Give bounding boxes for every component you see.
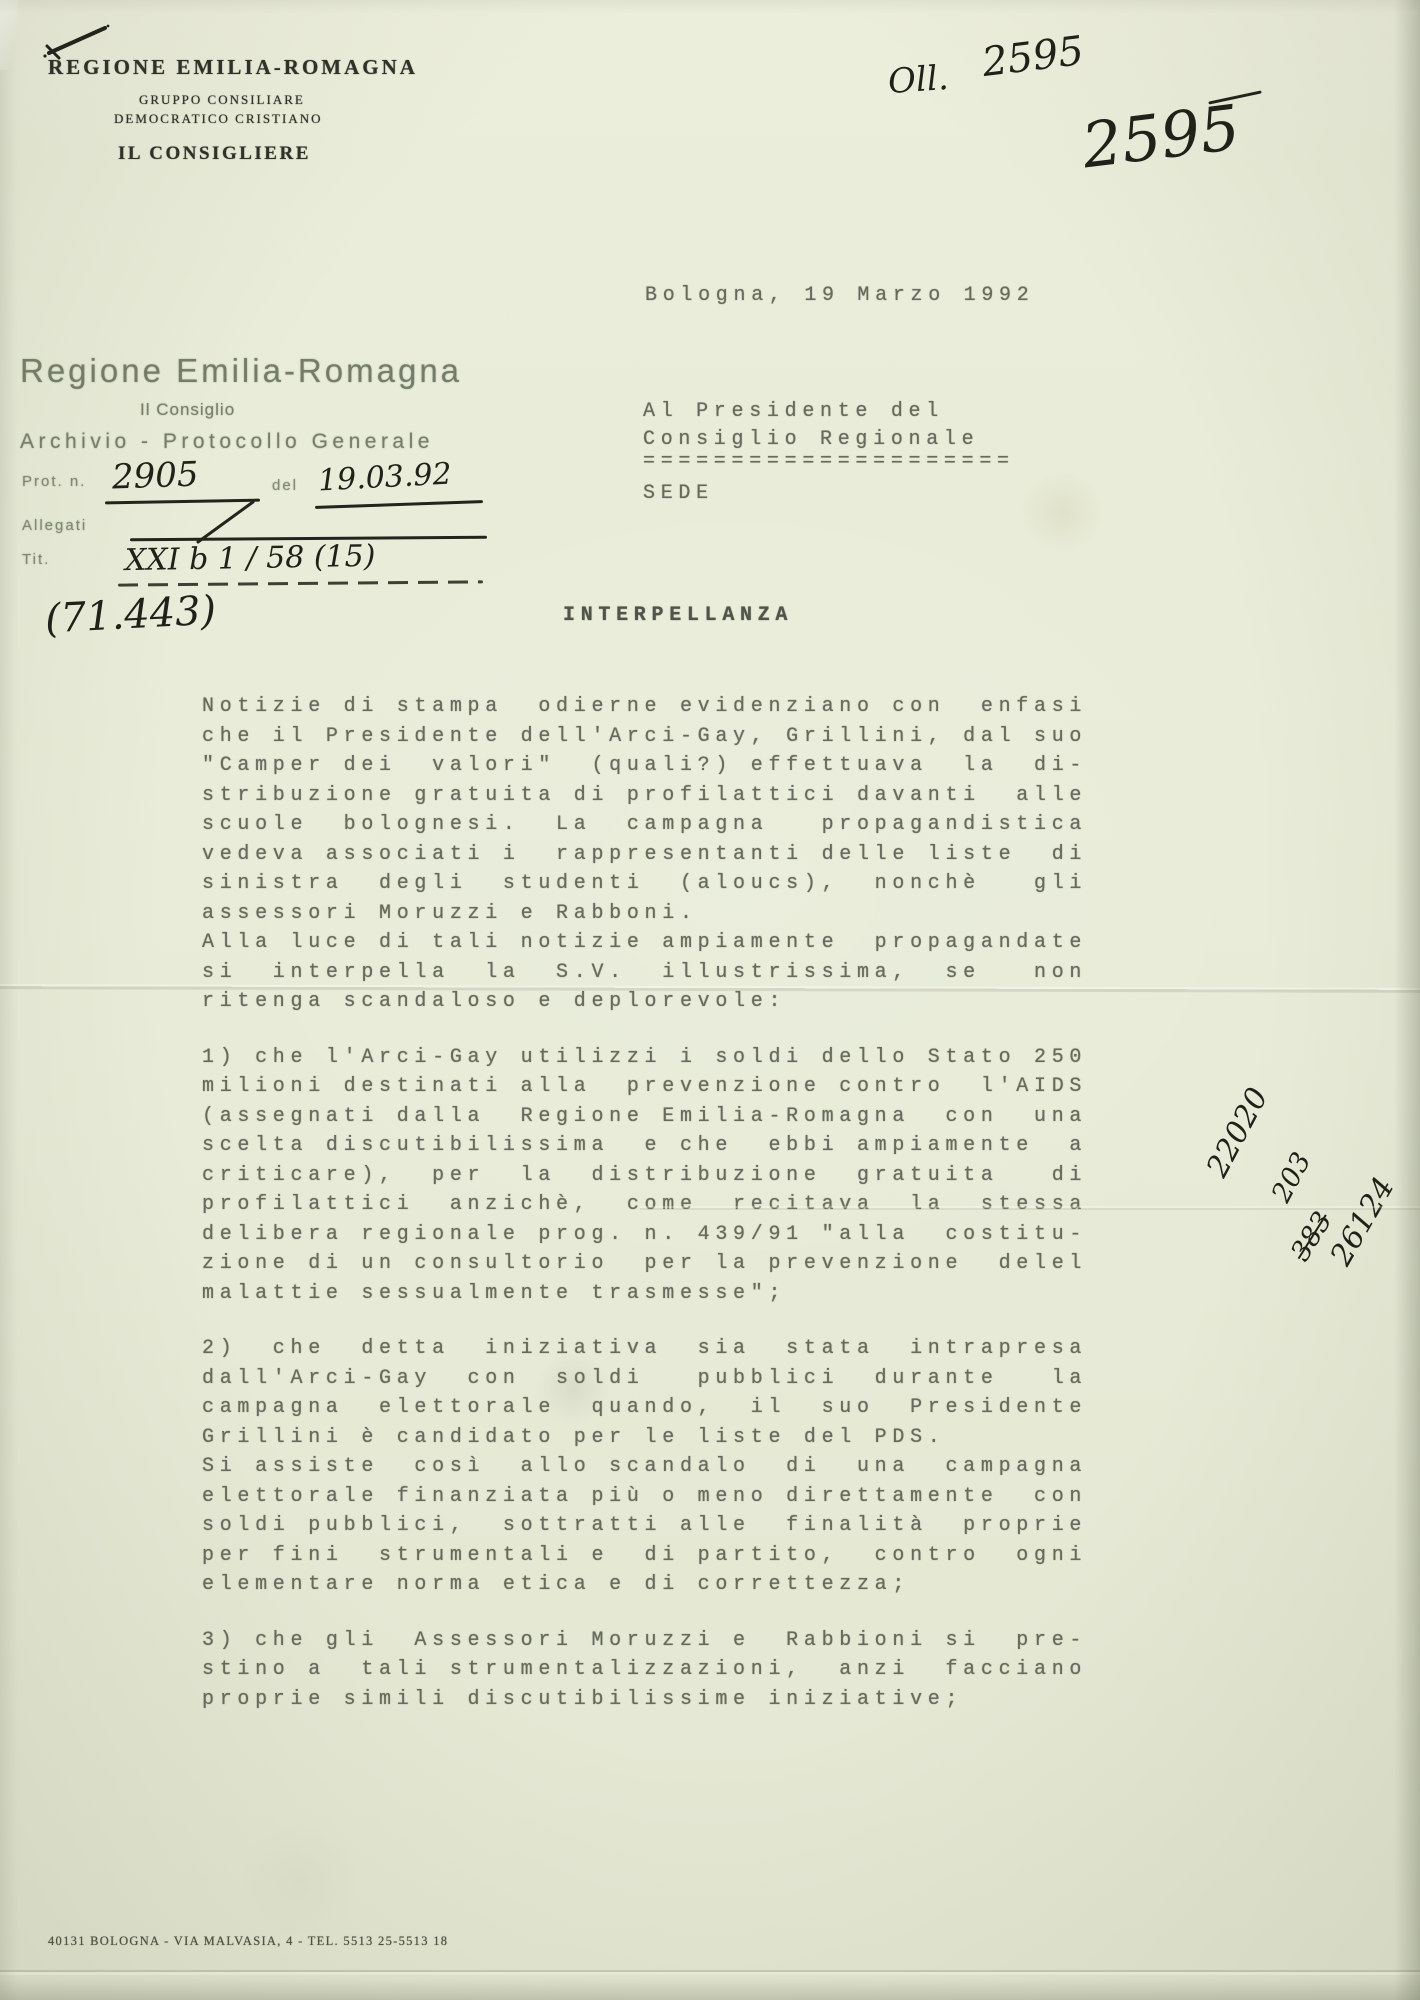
typewritten-line: per fini strumentali e di partito, contr… bbox=[202, 1541, 1162, 1571]
date-line: Bologna, 19 Marzo 1992 bbox=[645, 284, 1034, 307]
stamp-office: Archivio - Protocollo Generale bbox=[20, 430, 434, 454]
tit-underline-dashed bbox=[118, 580, 483, 586]
handwritten-number-large: 2595 bbox=[1078, 91, 1244, 183]
letterhead-role: IL CONSIGLIERE bbox=[118, 143, 311, 165]
typewritten-line: criticare), per la distribuzione gratuit… bbox=[202, 1161, 1162, 1191]
typewritten-line: campagna elettorale quando, il suo Presi… bbox=[202, 1393, 1162, 1423]
stamp-prot-label: Prot. n. bbox=[22, 473, 86, 490]
stamp-allegati-label: Allegati bbox=[22, 517, 87, 534]
paragraph-point-3: 3) che gli Assessori Moruzzi e Rabbioni … bbox=[202, 1626, 1162, 1715]
paragraph-point-1: 1) che l'Arci-Gay utilizzi i soldi dello… bbox=[202, 1043, 1162, 1309]
margin-number-1: 22020 bbox=[1200, 1082, 1276, 1183]
stamp-tit-label: Tit. bbox=[22, 551, 50, 568]
typewritten-line: profilattici anzichè, come recitava la s… bbox=[202, 1190, 1162, 1220]
letter-body: Notizie di stampa odierne evidenziano co… bbox=[202, 692, 1162, 1740]
handwritten-classification: (71.443) bbox=[44, 588, 217, 643]
stamp-subtitle: Il Consiglio bbox=[140, 400, 235, 420]
typewritten-line: Si assiste così allo scandalo di una cam… bbox=[202, 1452, 1162, 1482]
typewritten-line: che il Presidente dell'Arci-Gay, Grillin… bbox=[202, 722, 1162, 752]
typewritten-line: (assegnati dalla Regione Emilia-Romagna … bbox=[202, 1102, 1162, 1132]
typewritten-line: milioni destinati alla prevenzione contr… bbox=[202, 1072, 1162, 1102]
typewritten-line: 3) che gli Assessori Moruzzi e Rabbioni … bbox=[202, 1626, 1162, 1656]
typewritten-line: delibera regionale prog. n. 439/91 "alla… bbox=[202, 1220, 1162, 1250]
paragraph-point-2: 2) che detta iniziativa sia stata intrap… bbox=[202, 1334, 1162, 1600]
typewritten-line: stino a tali strumentalizzazioni, anzi f… bbox=[202, 1655, 1162, 1685]
prot-date-underline bbox=[315, 500, 483, 509]
stamp-title: Regione Emilia-Romagna bbox=[20, 352, 462, 390]
typewritten-line: elementare norma etica e di correttezza; bbox=[202, 1570, 1162, 1600]
typewritten-line: Alla luce di tali notizie ampiamente pro… bbox=[202, 928, 1162, 958]
typewritten-line: stribuzione gratuita di profilattici dav… bbox=[202, 781, 1162, 811]
typewritten-line: si interpella la S.V. illustrissima, se … bbox=[202, 958, 1162, 988]
letterhead-group-line1: GRUPPO CONSILIARE bbox=[139, 92, 305, 108]
typewritten-line: elettorale finanziata più o meno diretta… bbox=[202, 1482, 1162, 1512]
handwritten-tit-value: XXI b 1 / 58 (15) bbox=[125, 539, 376, 578]
recipient-line-2: Consiglio Regionale bbox=[643, 428, 979, 451]
scan-corner-highlight bbox=[0, 0, 18, 70]
stamp-del-label: del bbox=[272, 477, 298, 494]
typewritten-line: Notizie di stampa odierne evidenziano co… bbox=[202, 692, 1162, 722]
typewritten-line: 2) che detta iniziativa sia stata intrap… bbox=[202, 1334, 1162, 1364]
typewritten-line: dall'Arci-Gay con soldi pubblici durante… bbox=[202, 1364, 1162, 1394]
typewritten-line: "Camper dei valori" (quali?) effettuava … bbox=[202, 751, 1162, 781]
handwritten-slash-mark bbox=[196, 498, 256, 546]
typewritten-line: proprie simili discutibilissime iniziati… bbox=[202, 1685, 1162, 1715]
margin-number-2: 203 bbox=[1266, 1147, 1318, 1207]
fold-crease-bottom bbox=[0, 1970, 1420, 1975]
recipient-line-3: SEDE bbox=[643, 482, 714, 505]
letterhead-group-line2: DEMOCRATICO CRISTIANO bbox=[114, 111, 322, 127]
typewritten-line: 1) che l'Arci-Gay utilizzi i soldi dello… bbox=[202, 1043, 1162, 1073]
letterhead-region: REGIONE EMILIA-ROMAGNA bbox=[48, 55, 418, 80]
typewritten-line: malattie sessualmente trasmesse"; bbox=[202, 1279, 1162, 1309]
fold-crease-lower bbox=[640, 1206, 1420, 1210]
recipient-line-1: Al Presidente del bbox=[643, 400, 944, 423]
typewritten-line: zione di un consultorio per la prevenzio… bbox=[202, 1249, 1162, 1279]
scanned-letter-page: REGIONE EMILIA-ROMAGNA GRUPPO CONSILIARE… bbox=[0, 0, 1420, 2000]
paragraph-intro: Notizie di stampa odierne evidenziano co… bbox=[202, 692, 1162, 1017]
typewritten-line: soldi pubblici, sottratti alle finalità … bbox=[202, 1511, 1162, 1541]
handwritten-number-small: 2595 bbox=[980, 28, 1087, 86]
typewritten-line: scuole bolognesi. La campagna propagandi… bbox=[202, 810, 1162, 840]
typewritten-line: vedeva associati i rappresentanti delle … bbox=[202, 840, 1162, 870]
typewritten-line: scelta discutibilissima e che ebbi ampia… bbox=[202, 1131, 1162, 1161]
handwritten-prot-date: 19.03.92 bbox=[317, 457, 452, 499]
typewritten-line: sinistra degli studenti (aloucs), nonchè… bbox=[202, 869, 1162, 899]
document-title: INTERPELLANZA bbox=[563, 604, 793, 627]
handwritten-annotation-small: Oll. bbox=[887, 58, 950, 102]
typewritten-line: assessori Moruzzi e Rabboni. bbox=[202, 899, 1162, 929]
recipient-separator: ===================== bbox=[643, 450, 1015, 473]
typewritten-line: Grillini è candidato per le liste del PD… bbox=[202, 1423, 1162, 1453]
footer-address: 40131 BOLOGNA - VIA MALVASIA, 4 - TEL. 5… bbox=[48, 1934, 448, 1949]
handwritten-prot-number: 2905 bbox=[111, 455, 199, 498]
